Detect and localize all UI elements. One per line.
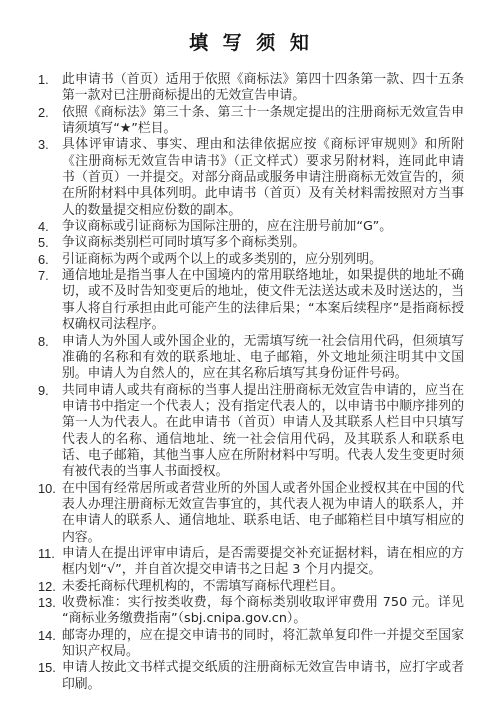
list-item: 15. 申请人按此文书样式提交纸质的注册商标无效宣告申请书，应打字或者印刷。: [38, 660, 464, 693]
document-page: 填 写 须 知 1. 此申请书（首页）适用于依照《商标法》第四十四条第一款、四十…: [0, 0, 500, 707]
list-item: 11. 申请人在提出评审申请后，是否需要提交补充证据材料，请在相应的方框内划“√…: [38, 546, 464, 579]
item-text: 具体评审请求、事实、理由和法律依据应按《商标评审规则》和所附《注册商标无效宣告申…: [62, 137, 464, 217]
list-item: 4. 争议商标或引证商标为国际注册的，应在注册号前加“G”。: [38, 219, 464, 235]
item-number: 6.: [38, 252, 49, 268]
item-number: 7.: [38, 268, 49, 284]
item-number: 4.: [38, 219, 49, 235]
item-text: 未委托商标代理机构的，不需填写商标代理栏目。: [62, 579, 344, 594]
list-item: 2. 依照《商标法》第三十条、第三十一条规定提出的注册商标无效宣告申请须填写“★…: [38, 105, 464, 138]
item-number: 14.: [38, 628, 56, 644]
instructions-list: 1. 此申请书（首页）适用于依照《商标法》第四十四条第一款、四十五条第一款对已注…: [38, 72, 464, 693]
list-item: 3. 具体评审请求、事实、理由和法律依据应按《商标评审规则》和所附《注册商标无效…: [38, 137, 464, 219]
item-number: 5.: [38, 235, 49, 251]
item-text: 共同申请人或共有商标的当事人提出注册商标无效宣告申请的，应当在申请书中指定一个代…: [62, 383, 464, 480]
item-number: 10.: [38, 481, 56, 497]
item-number: 11.: [38, 546, 55, 562]
list-item: 6. 引证商标为两个或两个以上的或多类别的，应分别列明。: [38, 252, 464, 268]
list-item: 10. 在中国有经常居所或者营业所的外国人或者外国企业授权其在中国的代表人办理注…: [38, 481, 464, 546]
item-number: 15.: [38, 660, 56, 676]
item-text: 申请人为外国人或外国企业的，无需填写统一社会信用代码，但须填写准确的名称和有效的…: [62, 334, 464, 382]
list-item: 12. 未委托商标代理机构的，不需填写商标代理栏目。: [38, 579, 464, 595]
item-number: 2.: [38, 105, 49, 121]
item-number: 9.: [38, 383, 49, 399]
item-number: 8.: [38, 334, 49, 350]
item-text: 依照《商标法》第三十条、第三十一条规定提出的注册商标无效宣告申请须填写“★”栏目…: [62, 105, 464, 136]
item-text: 申请人按此文书样式提交纸质的注册商标无效宣告申请书，应打字或者印刷。: [62, 660, 464, 691]
item-text: 申请人在提出评审申请后，是否需要提交补充证据材料，请在相应的方框内划“√”，并自…: [62, 546, 464, 577]
list-item: 13. 收费标准：实行按类收费，每个商标类别收取评审费用 750 元。详见“商标…: [38, 595, 464, 628]
item-number: 3.: [38, 137, 49, 153]
list-item: 5. 争议商标类别栏可同时填写多个商标类别。: [38, 235, 464, 251]
item-number: 12.: [38, 579, 56, 595]
item-text: 引证商标为两个或两个以上的或多类别的，应分别列明。: [62, 252, 382, 267]
list-item: 7. 通信地址是指当事人在中国境内的常用联络地址，如果提供的地址不确切，或不及时…: [38, 268, 464, 333]
item-number: 1.: [38, 72, 49, 88]
item-text: 收费标准：实行按类收费，每个商标类别收取评审费用 750 元。详见“商标业务缴费…: [62, 595, 464, 626]
item-text: 在中国有经常居所或者营业所的外国人或者外国企业授权其在中国的代表人办理注册商标无…: [62, 481, 464, 545]
list-item: 14. 邮寄办理的，应在提交申请书的同时，将汇款单复印件一并提交至国家知识产权局…: [38, 628, 464, 661]
list-item: 8. 申请人为外国人或外国企业的，无需填写统一社会信用代码，但须填写准确的名称和…: [38, 334, 464, 383]
item-text: 通信地址是指当事人在中国境内的常用联络地址，如果提供的地址不确切，或不及时告知变…: [62, 268, 464, 332]
list-item: 1. 此申请书（首页）适用于依照《商标法》第四十四条第一款、四十五条第一款对已注…: [38, 72, 464, 105]
item-text: 争议商标或引证商标为国际注册的，应在注册号前加“G”。: [62, 219, 392, 234]
page-title: 填 写 须 知: [38, 28, 464, 55]
item-text: 此申请书（首页）适用于依照《商标法》第四十四条第一款、四十五条第一款对已注册商标…: [62, 72, 464, 103]
item-text: 邮寄办理的，应在提交申请书的同时，将汇款单复印件一并提交至国家知识产权局。: [62, 628, 464, 659]
item-text: 争议商标类别栏可同时填写多个商标类别。: [62, 235, 305, 250]
item-number: 13.: [38, 595, 56, 611]
list-item: 9. 共同申请人或共有商标的当事人提出注册商标无效宣告申请的，应当在申请书中指定…: [38, 383, 464, 481]
